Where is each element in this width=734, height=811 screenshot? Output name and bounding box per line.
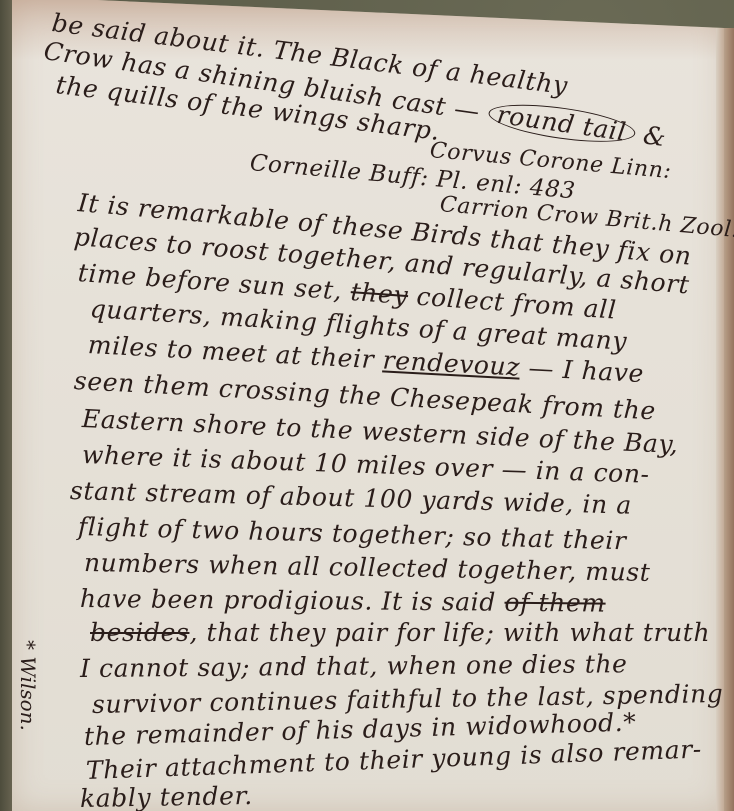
struck-phrase: of them: [504, 588, 605, 618]
margin-note: * Wilson.: [16, 640, 40, 731]
line-24: kably tender.: [80, 781, 253, 811]
page-edge-left: [0, 0, 14, 811]
struck-word: they: [350, 277, 409, 310]
line-20: I cannot say; and that, when one dies th…: [80, 649, 628, 683]
line-18: have been prodigious. It is said of them: [80, 584, 606, 618]
line-19: besides, that they pair for life; with w…: [90, 618, 710, 647]
line-2-after: &: [633, 119, 668, 152]
line-19-text: , that they pair for life; with what tru…: [189, 618, 710, 647]
line-18-text: have been prodigious. It is said: [80, 584, 496, 617]
struck-word-2: besides: [90, 618, 189, 647]
